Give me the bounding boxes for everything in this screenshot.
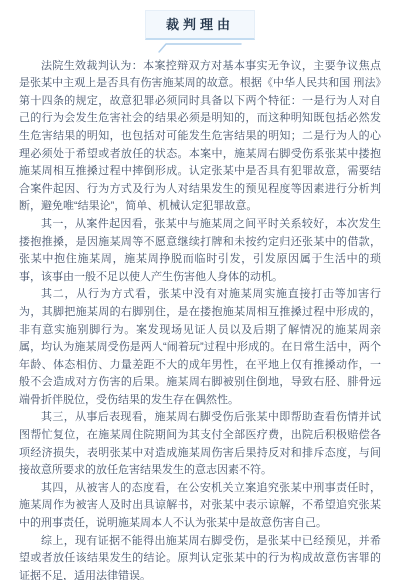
section-title-tab: 裁判理由 bbox=[145, 10, 255, 40]
paragraph-court-opinion: 法院生效裁判认为：本案控辩双方对基本事实无争议，主要争议焦点是张某中主观上是否具… bbox=[19, 58, 381, 216]
paragraph-point-four: 其四，从被害人的态度看，在公安机关立案追究张某中刑事责任时，施某周作为被害人及时… bbox=[19, 480, 381, 533]
judgment-reason-page: 裁判理由 法院生效裁判认为：本案控辩双方对基本事实无争议，主要争议焦点是张某中主… bbox=[0, 0, 400, 580]
paragraph-conclusion: 综上，现有证据不能得出施某周右脚受伤，是张某中已经预见，并希望或者放任该结果发生… bbox=[19, 533, 381, 580]
section-header: 裁判理由 bbox=[19, 10, 381, 54]
paragraph-point-one: 其一，从案件起因看，张某中与施某周之间平时关系较好，本次发生搂抱推搡，是因施某周… bbox=[19, 216, 381, 286]
judgment-reason-body: 法院生效裁判认为：本案控辩双方对基本事实无争议，主要争议焦点是张某中主观上是否具… bbox=[19, 58, 381, 580]
paragraph-point-two: 其二，从行为方式看，张某中没有对施某周实施直接打击等加害行为，其脚把施某周的右脚… bbox=[19, 286, 381, 409]
paragraph-point-three: 其三，从事后表现看，施某周右脚受伤后张某中即帮助查看伤情并试图帮忙复位，在施某周… bbox=[19, 409, 381, 479]
underline-swoosh-icon bbox=[157, 42, 243, 54]
